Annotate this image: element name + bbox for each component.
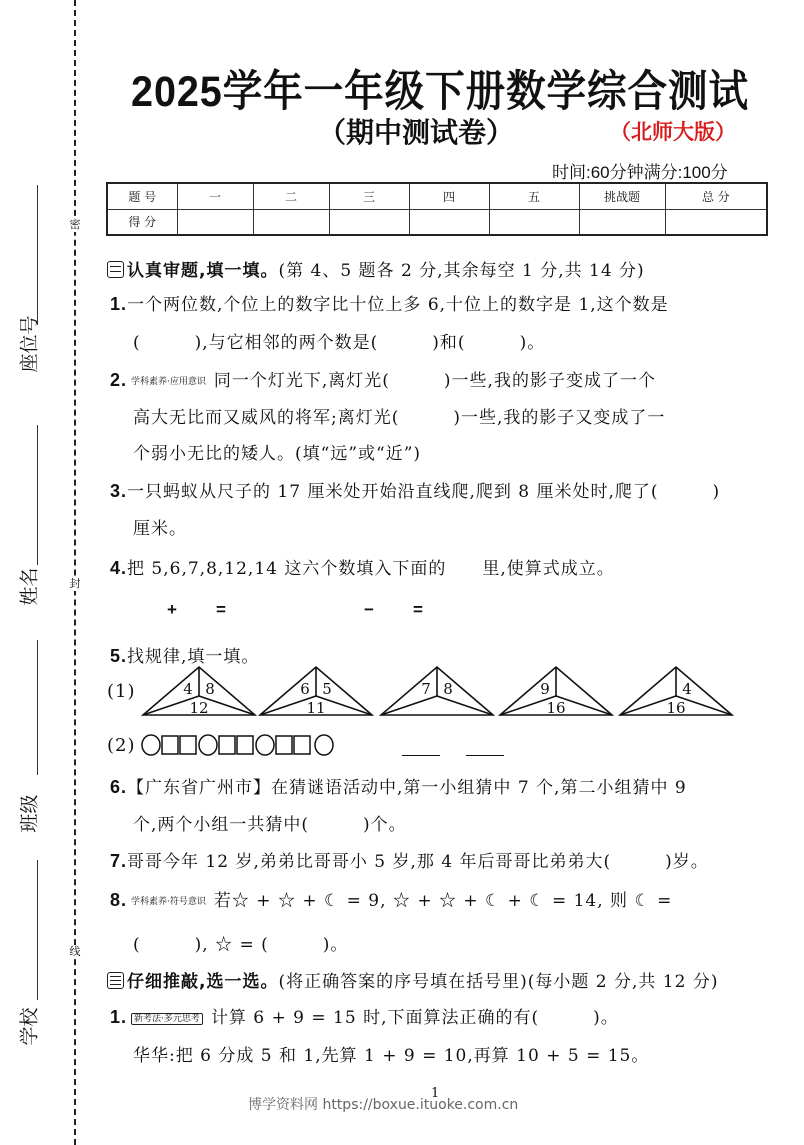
triangle-2-bottom: 11 (306, 699, 325, 717)
question-number: 1. (110, 1007, 127, 1027)
equation-1[interactable]: += (167, 600, 227, 620)
page-title: 2025学年一年级下册数学综合测试 (127, 58, 753, 119)
score-row-label: 得 分 (107, 209, 177, 235)
answer-blank-1[interactable] (402, 740, 440, 756)
question-text[interactable]: 哥哥今年 12 岁,弟弟比哥哥小 5 岁,那 4 年后哥哥比弟弟大( )岁。 (127, 852, 709, 872)
section-two-question-1-line-1: 1.新考法·多元思考计算 6 + 9 = 15 时,下面算法正确的有( )。 (110, 1003, 619, 1028)
square-shape (162, 736, 178, 754)
score-input-cell[interactable] (253, 209, 329, 235)
question-2-line-1: 2.学科素养·应用意识同一个灯光下,离灯光( )一些,我的影子变成了一个 (110, 366, 656, 391)
edition-label: （北师大版） (610, 116, 736, 146)
question-1-line-2[interactable]: ( ),与它相邻的两个数是( )和( )。 (133, 328, 545, 353)
triangle-1-bottom: 12 (189, 699, 208, 717)
triangle-2-left: 6 (300, 680, 310, 698)
score-input-cell[interactable] (329, 209, 409, 235)
question-6-line-1: 6.【广东省广州市】在猜谜语活动中,第一小组猜中 7 个,第二小组猜中 9 (110, 773, 687, 798)
class-line[interactable] (37, 640, 38, 775)
triangle-5-right: 4 (682, 680, 692, 698)
seal-word-feng: 封 (66, 577, 84, 591)
section-two-note: (将正确答案的序号填在括号里)(每小题 2 分,共 12 分) (278, 972, 718, 992)
square-shape (237, 736, 253, 754)
question-number: 3. (110, 481, 127, 501)
square-shape (294, 736, 310, 754)
triangle-5-bottom: 16 (666, 699, 685, 717)
question-text[interactable]: 计算 6 + 9 = 15 时,下面算法正确的有( )。 (211, 1008, 619, 1028)
question-text: 把 5,6,7,8,12,14 这六个数填入下面的 里,使算式成立。 (127, 559, 615, 579)
score-input-cell[interactable] (579, 209, 665, 235)
seal-word-mi: 密 (66, 218, 84, 232)
name-label: 姓名 (15, 578, 42, 606)
score-table-score-row: 得 分 (107, 209, 767, 235)
triangle-pattern-figure: 4 8 12 6 5 11 7 8 9 16 4 16 (140, 665, 770, 717)
score-input-cell[interactable] (177, 209, 253, 235)
question-number: 4. (110, 558, 127, 578)
competency-tag: 学科素养·应用意识 (131, 377, 206, 387)
score-header-cell: 一 (177, 183, 253, 209)
triangle-2-right: 5 (322, 680, 332, 698)
score-header-cell: 三 (329, 183, 409, 209)
score-header-cell: 题 号 (107, 183, 177, 209)
question-8-line-2[interactable]: ( ), ☆ = ( )。 (133, 930, 348, 955)
seat-number-label: 座位号 (15, 345, 42, 373)
question-3-line-2: 厘米。 (133, 514, 187, 539)
question-text: 【广东省广州市】在猜谜语活动中,第一小组猜中 7 个,第二小组猜中 9 (127, 778, 687, 798)
score-input-cell[interactable] (409, 209, 489, 235)
circle-shape (142, 735, 160, 755)
circle-shape (256, 735, 274, 755)
triangle-3-right[interactable]: 8 (443, 680, 453, 698)
question-2-line-2[interactable]: 高大无比而又威风的将军;离灯光( )一些,我的影子又变成了一 (133, 403, 665, 428)
triangle-1-right: 8 (205, 680, 215, 698)
section-one-heading: 认真审题,填一填。(第 4、5 题各 2 分,其余每空 1 分,共 14 分) (107, 256, 645, 281)
triangle-4-bottom: 16 (546, 699, 565, 717)
question-6-line-2[interactable]: 个,两个小组一共猜中( )个。 (133, 810, 407, 835)
question-number: 6. (110, 777, 127, 797)
square-shape (276, 736, 292, 754)
class-label: 班级 (15, 805, 42, 833)
question-number: 8. (110, 890, 127, 910)
circle-shape (315, 735, 333, 755)
question-text: 一个两位数,个位上的数字比十位上多 6,十位上的数字是 1,这个数是 (127, 295, 669, 315)
section-two-title: 仔细推敲,选一选。 (127, 972, 278, 992)
question-number: 2. (110, 370, 127, 390)
equals-sign: = (216, 600, 227, 619)
question-4-line-1: 4.把 5,6,7,8,12,14 这六个数填入下面的 里,使算式成立。 (110, 554, 615, 579)
question-2-line-3: 个弱小无比的矮人。(填“远”或“近”) (133, 439, 421, 464)
section-two-heading: 仔细推敲,选一选。(将正确答案的序号填在括号里)(每小题 2 分,共 12 分) (107, 967, 718, 992)
section-one-title: 认真审题,填一填。 (127, 261, 278, 281)
watermark: 博学资料网 https://boxue.ituoke.com.cn (248, 1094, 518, 1114)
score-table: 题 号 一 二 三 四 五 挑战题 总 分 得 分 (106, 182, 768, 236)
score-input-cell[interactable] (489, 209, 579, 235)
triangle-1-left: 4 (183, 680, 193, 698)
part-1-label: (1) (107, 681, 136, 702)
circle-shape (199, 735, 217, 755)
question-8-line-1: 8.学科素养·符号意识若☆ + ☆ + ☾ = 9, ☆ + ☆ + ☾ + ☾… (110, 886, 672, 911)
score-header-cell: 总 分 (665, 183, 767, 209)
question-1-line-1: 1.一个两位数,个位上的数字比十位上多 6,十位上的数字是 1,这个数是 (110, 290, 669, 315)
score-table-header-row: 题 号 一 二 三 四 五 挑战题 总 分 (107, 183, 767, 209)
answer-blank-2[interactable] (466, 740, 504, 756)
competency-tag: 学科素养·符号意识 (131, 897, 206, 907)
triangle-3-left: 7 (421, 680, 431, 698)
question-7-line-1: 7.哥哥今年 12 岁,弟弟比哥哥小 5 岁,那 4 年后哥哥比弟弟大( )岁。 (110, 847, 709, 872)
seat-number-line[interactable] (37, 185, 38, 325)
part-2-label: (2) (107, 735, 136, 756)
score-input-cell[interactable] (665, 209, 767, 235)
question-5-line-1: 5.找规律,填一填。 (110, 642, 259, 667)
name-line[interactable] (37, 425, 38, 565)
minus-sign: − (364, 600, 375, 619)
score-header-cell: 挑战题 (579, 183, 665, 209)
section-one-note: (第 4、5 题各 2 分,其余每空 1 分,共 14 分) (278, 261, 644, 281)
triangle-4-left: 9 (540, 680, 550, 698)
seal-word-xian: 线 (66, 945, 84, 959)
binding-dashed-line (74, 0, 76, 1145)
school-line[interactable] (37, 860, 38, 1000)
new-method-tag: 新考法·多元思考 (131, 1013, 203, 1025)
square-shape (219, 736, 235, 754)
question-text: 若☆ + ☆ + ☾ = 9, ☆ + ☆ + ☾ + ☾ = 14, 则 ☾ … (214, 891, 672, 911)
page-subtitle: （期中测试卷） (318, 111, 514, 151)
section-two-question-1-line-2: 华华:把 6 分成 5 和 1,先算 1 + 9 = 10,再算 10 + 5 … (133, 1041, 649, 1066)
score-header-cell: 四 (409, 183, 489, 209)
school-label: 学校 (15, 1018, 42, 1046)
question-3-line-1: 3.一只蚂蚁从尺子的 17 厘米处开始沿直线爬,爬到 8 厘米处时,爬了( ) (110, 477, 720, 502)
equation-2[interactable]: −= (364, 600, 424, 620)
plus-sign: + (167, 600, 178, 619)
question-text[interactable]: 同一个灯光下,离灯光( )一些,我的影子变成了一个 (214, 371, 656, 391)
section-one-icon (107, 261, 124, 278)
question-text: 找规律,填一填。 (127, 647, 259, 667)
shape-sequence (140, 733, 390, 757)
score-header-cell: 二 (253, 183, 329, 209)
section-two-icon (107, 972, 124, 989)
score-header-cell: 五 (489, 183, 579, 209)
question-number: 7. (110, 851, 127, 871)
equals-sign: = (413, 600, 424, 619)
question-number: 1. (110, 294, 127, 314)
question-text[interactable]: 一只蚂蚁从尺子的 17 厘米处开始沿直线爬,爬到 8 厘米处时,爬了( ) (127, 482, 720, 502)
time-info: 时间:60分钟满分:100分 (552, 158, 728, 183)
question-number: 5. (110, 646, 127, 666)
square-shape (180, 736, 196, 754)
